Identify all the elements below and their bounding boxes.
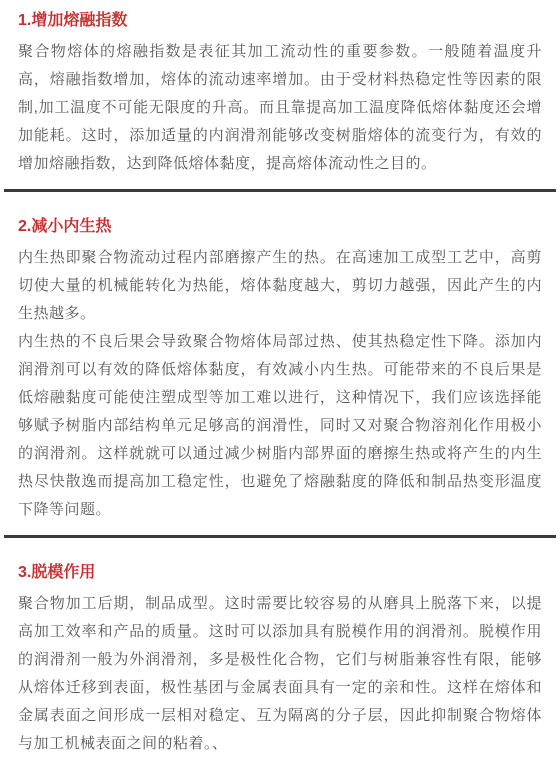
section-heading: 2.减小内生热 [18,215,542,239]
article-page: 1.增加熔融指数 聚合物熔体的熔融指数是表征其加工流动性的重要参数。一般随着温度… [0,0,560,780]
paragraph: 聚合物加工后期，制品成型。这时需要比较容易的从磨具上脱落下来，以提高加工效率和产… [18,590,542,758]
section-paragraphs: 内生热即聚合物流动过程内部磨擦产生的热。在高速加工成型工艺中，高剪切使大量的机械… [18,244,542,524]
article-section: 3.脱模作用 聚合物加工后期，制品成型。这时需要比较容易的从磨具上脱落下来，以提… [18,561,542,758]
section-heading: 3.脱模作用 [18,561,542,585]
article-body: 1.增加熔融指数 聚合物熔体的熔融指数是表征其加工流动性的重要参数。一般随着温度… [18,9,542,758]
section-paragraphs: 聚合物加工后期，制品成型。这时需要比较容易的从磨具上脱落下来，以提高加工效率和产… [18,590,542,758]
article-section: 1.增加熔融指数 聚合物熔体的熔融指数是表征其加工流动性的重要参数。一般随着温度… [18,9,542,178]
article-section: 2.减小内生热 内生热即聚合物流动过程内部磨擦产生的热。在高速加工成型工艺中，高… [18,215,542,524]
paragraph: 聚合物熔体的熔融指数是表征其加工流动性的重要参数。一般随着温度升高，熔融指数增加… [18,38,542,178]
section-divider [4,189,556,192]
paragraph: 内生热即聚合物流动过程内部磨擦产生的热。在高速加工成型工艺中，高剪切使大量的机械… [18,244,542,328]
section-paragraphs: 聚合物熔体的熔融指数是表征其加工流动性的重要参数。一般随着温度升高，熔融指数增加… [18,38,542,178]
section-heading: 1.增加熔融指数 [18,9,542,33]
section-divider [4,535,556,538]
paragraph: 内生热的不良后果会导致聚合物熔体局部过热、使其热稳定性下降。添加内润滑剂可以有效… [18,328,542,524]
